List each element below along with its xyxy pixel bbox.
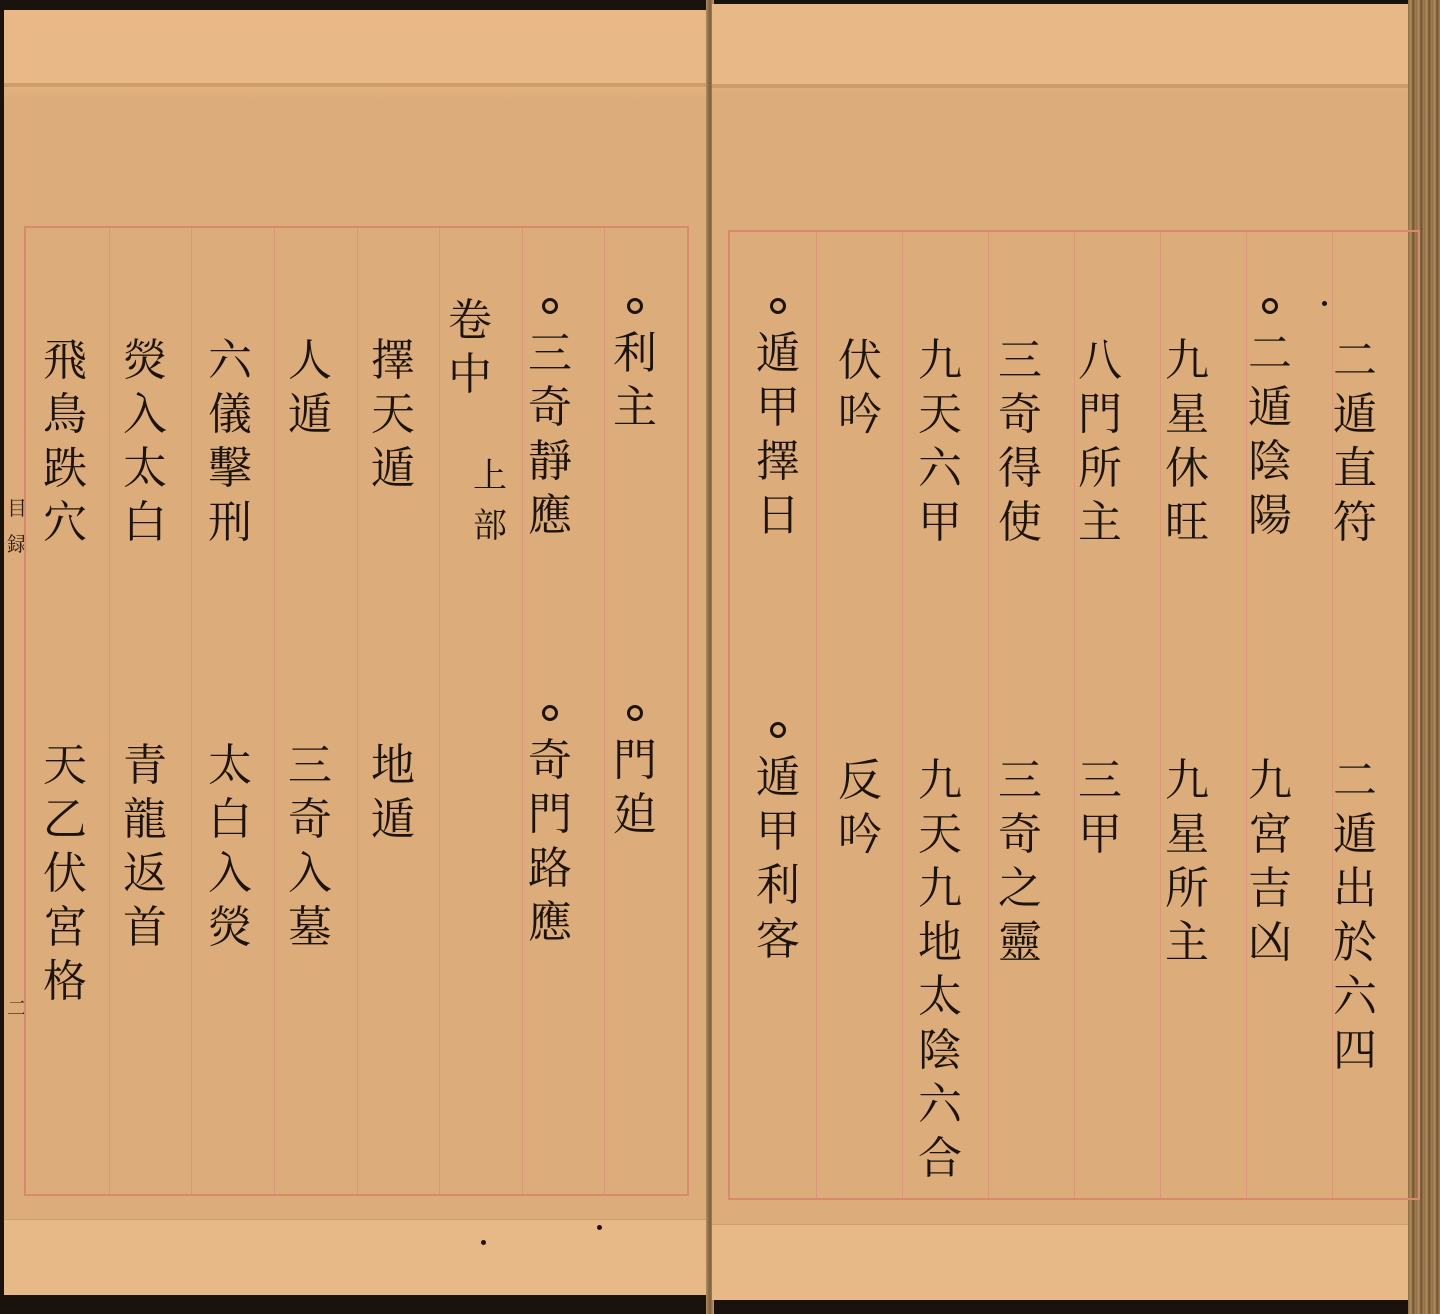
toc-entry-right-top: 二遁直符	[1325, 335, 1385, 551]
toc-entry-left-bottom: 太白入熒	[200, 740, 260, 956]
fold-shadow	[712, 84, 1410, 88]
circle-marker-icon	[1262, 298, 1278, 314]
toc-entry-right-top: 三奇得使	[990, 335, 1050, 551]
column-rule	[357, 228, 358, 1194]
circle-marker-icon	[542, 298, 558, 314]
fold-shadow	[4, 83, 710, 87]
ink-speck	[597, 1225, 602, 1230]
toc-entry-right-top: 九星休旺	[1157, 335, 1217, 551]
column-rule	[816, 232, 817, 1198]
toc-entry-right-bottom: 遁甲利客	[748, 722, 808, 968]
ink-speck	[1322, 301, 1327, 306]
toc-entry-right-bottom: 九天九地太陰六合	[910, 755, 970, 1187]
circle-marker-icon	[627, 705, 643, 721]
toc-entry-left-bottom: 門廹	[605, 705, 665, 843]
bottom-fold-left	[4, 1219, 710, 1295]
toc-entry-right-top: 遁甲擇日	[748, 298, 808, 544]
circle-marker-icon	[770, 722, 786, 738]
toc-entry-right-bottom: 九星所主	[1157, 755, 1217, 971]
volume-subsection-label: 上部	[460, 450, 520, 550]
column-rule	[902, 232, 903, 1198]
column-rule	[109, 228, 110, 1194]
toc-entry-left-top: 六儀擊刑	[200, 335, 260, 551]
toc-entry-right-top: 伏吟	[830, 335, 890, 443]
toc-entry-left-top: 三奇靜應	[520, 298, 580, 544]
circle-marker-icon	[627, 298, 643, 314]
toc-entry-left-bottom: 三奇入墓	[280, 740, 340, 956]
toc-entry-left-bottom: 奇門路應	[520, 705, 580, 951]
circle-marker-icon	[770, 298, 786, 314]
top-fold-right	[712, 4, 1410, 84]
top-fold-left	[4, 10, 710, 83]
toc-entry-left-top: 熒入太白	[115, 335, 175, 551]
toc-entry-right-top: 二遁陰陽	[1240, 298, 1300, 544]
toc-entry-right-bottom: 三奇之靈	[990, 755, 1050, 971]
toc-entry-left-top: 人遁	[280, 335, 340, 443]
toc-entry-right-bottom: 九宮吉凶	[1240, 755, 1300, 971]
toc-entry-right-bottom: 二遁出於六四	[1325, 755, 1385, 1079]
toc-entry-left-top: 卷中	[440, 295, 500, 403]
bottom-fold-right	[712, 1224, 1410, 1300]
toc-entry-left-bottom: 天乙伏宮格	[35, 740, 95, 1010]
toc-entry-left-top: 擇天遁	[363, 335, 423, 497]
toc-entry-right-top: 八門所主	[1070, 335, 1130, 551]
column-rule	[274, 228, 275, 1194]
toc-entry-right-bottom: 三甲	[1070, 755, 1130, 863]
toc-entry-right-bottom: 反吟	[830, 755, 890, 863]
toc-entry-left-top: 飛鳥跌穴	[35, 335, 95, 551]
toc-entry-left-bottom: 地遁	[363, 740, 423, 848]
toc-entry-right-top: 九天六甲	[910, 335, 970, 551]
column-rule	[988, 232, 989, 1198]
circle-marker-icon	[542, 705, 558, 721]
toc-entry-left-top: 利主	[605, 298, 665, 436]
column-rule	[191, 228, 192, 1194]
toc-entry-left-bottom: 青龍返首	[115, 740, 175, 956]
ink-speck	[481, 1240, 486, 1245]
